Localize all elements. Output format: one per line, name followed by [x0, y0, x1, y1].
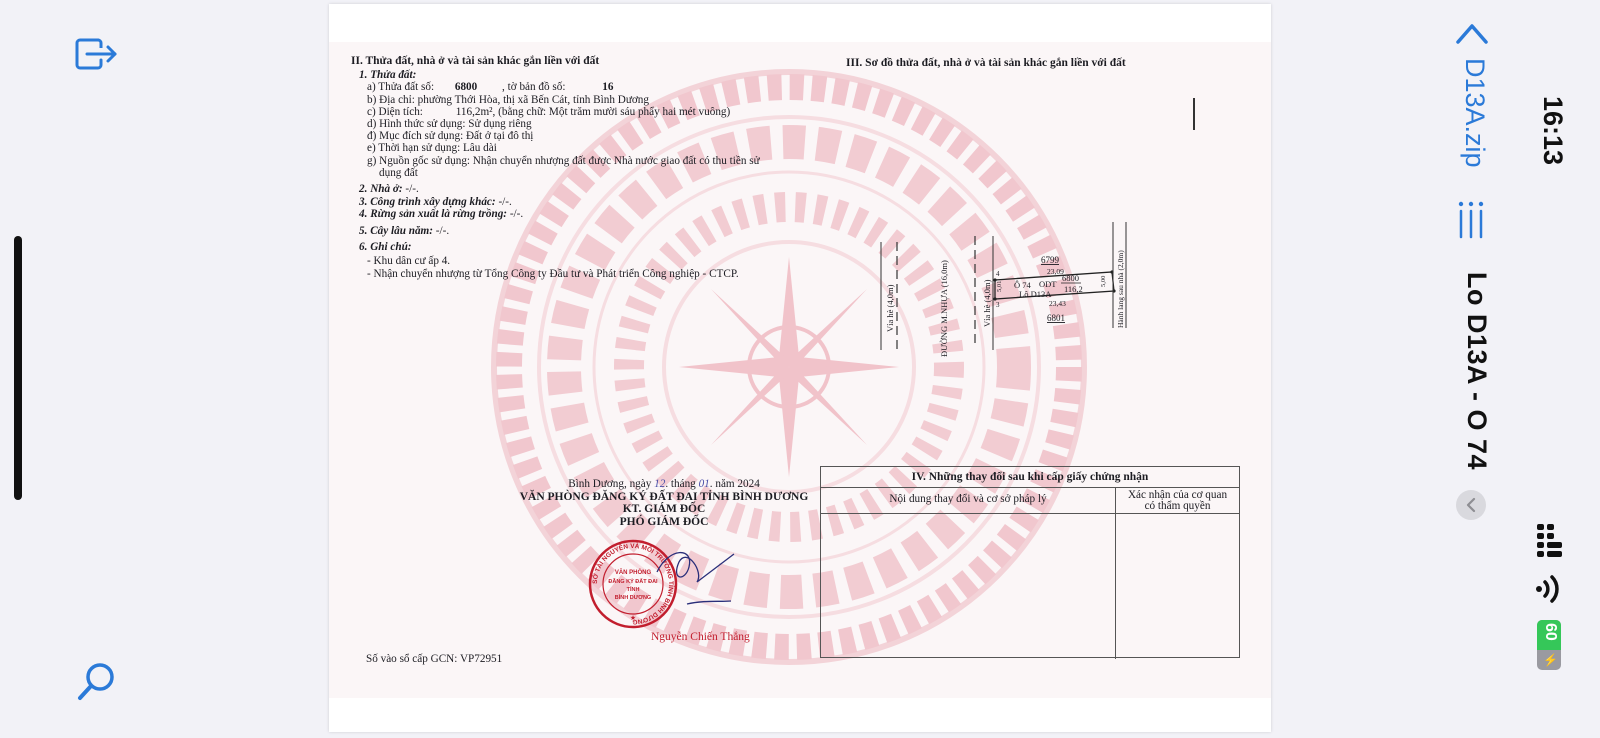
status-time: 16:13 — [1537, 96, 1568, 165]
signer-role-2: PHÓ GIÁM ĐỐC — [504, 516, 824, 529]
search-button[interactable] — [74, 660, 120, 704]
chevron-left-small-icon — [1456, 490, 1486, 520]
charging-bolt-icon: ⚡ — [1543, 653, 1558, 667]
map-number: 16 — [568, 81, 613, 93]
place-date: Bình Dương, ngày 12. tháng 01. năm 2024 — [504, 478, 824, 491]
stamp-inner-3: TỈNH — [627, 586, 640, 593]
parcel-number-row: a) Thửa đất số: 6800 , tờ bản đồ số: 16 — [351, 81, 760, 93]
changes-table: IV. Những thay đổi sau khi cấp giấy chứn… — [820, 466, 1240, 658]
section-4-heading: IV. Những thay đổi sau khi cấp giấy chứn… — [821, 467, 1239, 488]
archive-file-name[interactable]: D13A.zip — [1459, 58, 1490, 168]
house-value: -/-. — [403, 183, 419, 195]
change-content-cell — [821, 514, 1116, 659]
section-2-heading: II. Thửa đất, nhà ở và tài sản khác gắn … — [351, 55, 760, 67]
list-button[interactable] — [1456, 200, 1486, 240]
house-row: 2. Nhà ở: -/-. — [351, 183, 760, 195]
origin-row: g) Nguồn gốc sử dụng: Nhận chuyển nhượng… — [351, 155, 760, 167]
land-type: ODT — [1039, 279, 1057, 289]
neighbor-top: 6799 — [1041, 255, 1060, 265]
back-alley-label: Hành lang sau nhà (2,0m) — [1116, 250, 1125, 328]
address-row: b) Địa chỉ: phường Thới Hòa, thị xã Bến … — [351, 94, 760, 106]
cellular-signal-icon — [1535, 522, 1563, 558]
edge-bottom-length: 23,43 — [1049, 299, 1066, 308]
chevron-left-icon — [1454, 20, 1490, 46]
house-label: 2. Nhà ở: — [359, 183, 403, 195]
svg-text:★: ★ — [630, 614, 636, 622]
forest-row: 4. Rừng sản xuất là rừng trồng: -/-. — [351, 208, 760, 220]
neighbor-bottom: 6801 — [1047, 313, 1065, 323]
issue-month: 01 — [699, 478, 710, 490]
vertex-3: 3 — [996, 301, 1000, 309]
search-icon — [74, 660, 120, 704]
origin-row-cont: dụng đất — [351, 167, 760, 179]
parcel-number: 6800 — [437, 81, 499, 93]
road-label: ĐƯỜNG M.NHỰA (16,0m) — [939, 260, 949, 357]
land-subheading: 1. Thửa đất: — [351, 69, 760, 81]
back-button[interactable] — [1454, 20, 1490, 46]
land-certificate: II. Thửa đất, nhà ở và tài sản khác gắn … — [329, 42, 1271, 698]
signer-name: Nguyễn Chiến Thắng — [651, 631, 750, 643]
area-row: c) Diện tích: 116,2m², (bằng chữ: Một tr… — [351, 106, 760, 118]
parcel-label: a) Thửa đất số: — [367, 81, 434, 93]
certificate-book-number: Số vào sổ cấp GCN: VP72951 — [366, 653, 502, 665]
perennial-row: 5. Cây lâu năm: -/-. — [351, 225, 760, 237]
north-arrow — [1193, 98, 1195, 130]
edge-right-length: 5,00 — [1100, 276, 1107, 287]
usage-term-row: e) Thời hạn sử dụng: Lâu dài — [351, 142, 760, 154]
stamp-inner-4: BÌNH DƯƠNG — [615, 593, 651, 601]
parcel-diagram: Vỉa hè (4,0m) ĐƯỜNG M.NHỰA (16,0m) Vỉa h… — [869, 222, 1149, 392]
document-page[interactable]: II. Thửa đất, nhà ở và tài sản khác gắn … — [329, 4, 1271, 732]
forest-label: 4. Rừng sản xuất là rừng trồng: — [359, 208, 507, 220]
perennial-value: -/-. — [433, 225, 449, 237]
area-value: 116,2m², (bằng chữ: Một trăm mười sáu ph… — [426, 106, 731, 118]
previous-document-button[interactable] — [1456, 490, 1486, 520]
forest-value: -/-. — [507, 208, 523, 220]
map-label: , tờ bản đồ số: — [502, 81, 565, 93]
col2-line2: có thẩm quyền — [1116, 501, 1239, 512]
note-item: - Nhận chuyển nhượng từ Tổng Công ty Đầu… — [351, 268, 760, 280]
lot-name: Lô D13A — [1019, 289, 1052, 299]
usage-form-row: d) Hình thức sử dụng: Sử dụng riêng — [351, 118, 760, 130]
other-works-row: 3. Công trình xây dựng khác: -/-. — [351, 196, 760, 208]
issue-year: năm 2024 — [715, 478, 759, 490]
other-works-label: 3. Công trình xây dựng khác: — [359, 196, 496, 208]
perennial-label: 5. Cây lâu năm: — [359, 225, 433, 237]
battery-indicator: 60 ⚡ — [1537, 620, 1561, 670]
col-authority-confirmation: Xác nhận của cơ quan có thẩm quyền — [1116, 488, 1239, 513]
other-works-value: -/-. — [496, 196, 512, 208]
month-label: tháng — [671, 478, 696, 490]
signer-role-1: KT. GIÁM ĐỐC — [504, 503, 824, 516]
sidewalk-right-label: Vỉa hè (4,0m) — [982, 279, 992, 327]
diagram-area: 116,2 — [1064, 284, 1083, 294]
note-item: - Khu dân cư ấp 4. — [351, 255, 760, 267]
usage-purpose-row: đ) Mục đích sử dụng: Đất ở tại đô thị — [351, 130, 760, 142]
issuing-office: VĂN PHÒNG ĐĂNG KÝ ĐẤT ĐAI TỈNH BÌNH DƯƠN… — [504, 491, 824, 504]
document-title: Lo D13A - O 74 — [1461, 272, 1492, 470]
edge-left-length: 5,01 — [996, 281, 1003, 292]
battery-percent: 60 — [1541, 623, 1559, 641]
wifi-icon — [1535, 574, 1563, 604]
handwritten-signature — [649, 542, 759, 612]
issue-day: 12 — [654, 478, 665, 490]
left-toolbar — [0, 0, 170, 738]
notes-heading: 6. Ghi chú: — [351, 241, 760, 253]
area-label: c) Diện tích: — [367, 106, 423, 118]
col-change-content: Nội dung thay đổi và cơ sở pháp lý — [821, 488, 1116, 513]
section-3-heading: III. Sơ đồ thửa đất, nhà ở và tài sản kh… — [846, 57, 1126, 69]
changes-table-header: Nội dung thay đổi và cơ sở pháp lý Xác n… — [821, 488, 1239, 514]
diagram-parcel-no: 6800 — [1062, 273, 1079, 283]
share-button[interactable] — [74, 34, 120, 74]
stamp-inner-1: VĂN PHÒNG — [615, 568, 652, 576]
sidewalk-left-label: Vỉa hè (4,0m) — [885, 284, 895, 332]
section-2-land-info: II. Thửa đất, nhà ở và tài sản khác gắn … — [351, 55, 760, 280]
signing-block: Bình Dương, ngày 12. tháng 01. năm 2024 … — [504, 478, 824, 528]
scroll-indicator[interactable] — [14, 236, 22, 500]
list-icon — [1456, 200, 1486, 240]
authority-cell — [1116, 514, 1239, 659]
share-out-icon — [74, 34, 120, 74]
vertex-4: 4 — [996, 270, 1000, 278]
changes-table-body — [821, 514, 1239, 659]
place-date-prefix: Bình Dương, ngày — [568, 478, 651, 490]
col2-line1: Xác nhận của cơ quan — [1116, 490, 1239, 501]
